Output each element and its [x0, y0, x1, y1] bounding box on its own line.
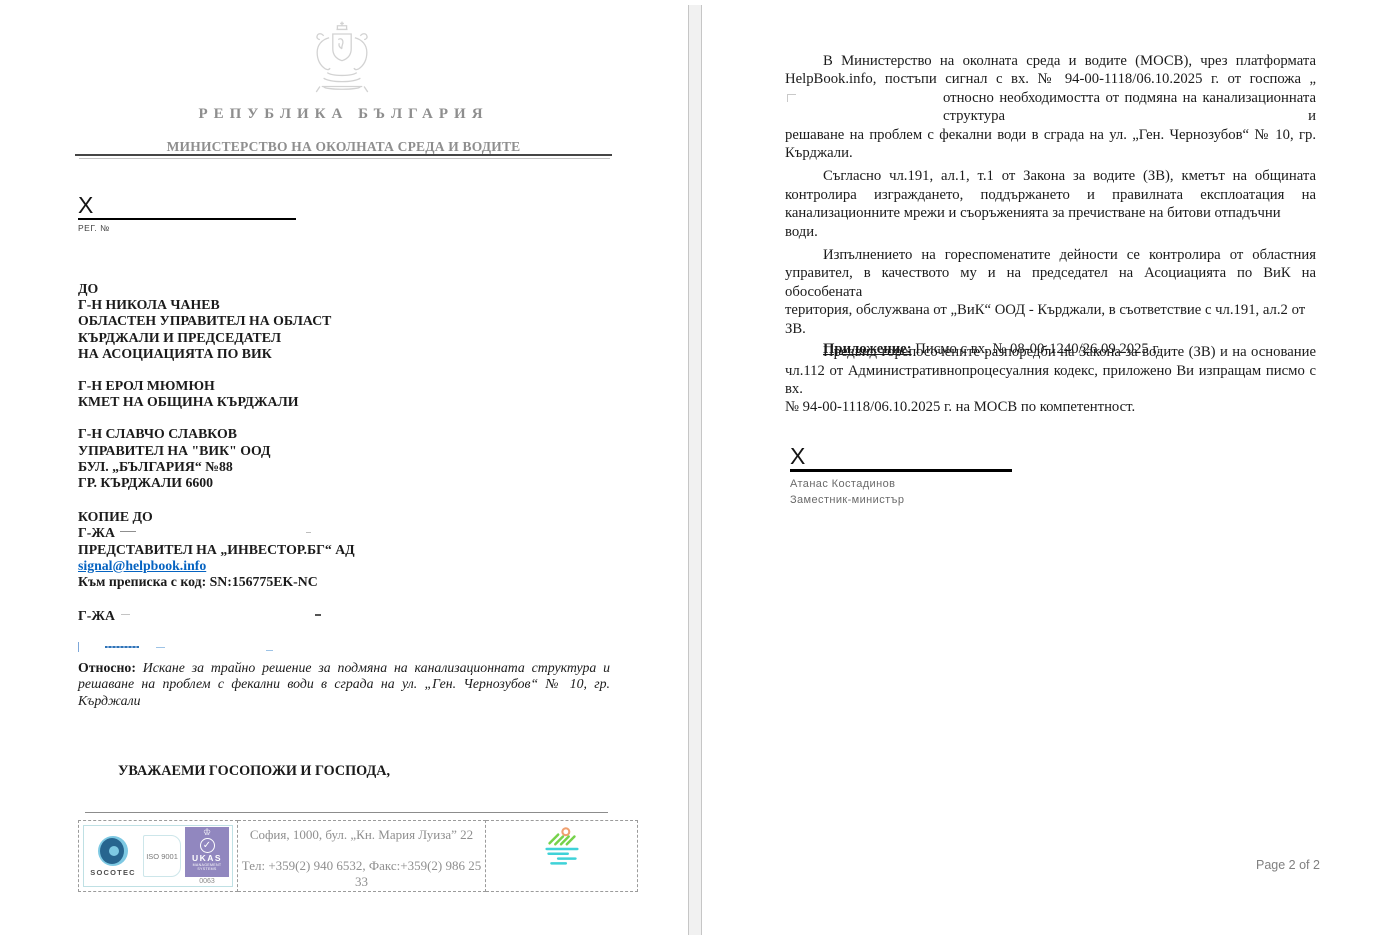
footer-address: София, 1000, бул. „Кн. Мария Луиза” 22	[238, 827, 485, 843]
signature-x-mark: X	[790, 444, 1012, 468]
eco-water-logo-icon	[539, 826, 585, 872]
case-code-line: Към преписка с код: SN:156775EK-NC	[78, 574, 610, 590]
letter-body: В Министерство на околната среда и водит…	[785, 52, 1316, 422]
redaction-mark	[78, 642, 79, 652]
body-line: № 94-00-1118/06.10.2025 г. на МОСВ по ко…	[785, 398, 1316, 416]
salutation: УВАЖАЕМИ ГОСОПОЖИ И ГОСПОДА,	[118, 763, 390, 780]
signer-name: Атанас Костадинов	[790, 478, 1012, 490]
ukas-logo: UKAS MANAGEMENT SYSTEMS	[185, 827, 229, 877]
addressee-line: ОБЛАСТЕН УПРАВИТЕЛ НА ОБЛАСТ	[78, 313, 610, 329]
reg-number-label: РЕГ. №	[78, 223, 296, 233]
addressee-line: НА АСОЦИАЦИЯТА ПО ВИК	[78, 346, 610, 362]
header-rule-shadow	[79, 158, 610, 159]
madam-label: Г-ЖА	[78, 608, 115, 623]
paragraph: Съгласно чл.191, ал.1, т.1 от Закона за …	[785, 167, 1316, 241]
ukas-badge: UKAS MANAGEMENT SYSTEMS 0063	[185, 827, 229, 885]
addressee-line: Г-Н СЛАВЧО СЛАВКОВ	[78, 426, 610, 442]
redaction-mark	[156, 647, 165, 648]
redacted-link-line[interactable]	[78, 640, 610, 654]
footer-rule	[85, 812, 608, 813]
body-line: канализационните мрежи и съоръженията за…	[785, 204, 1316, 241]
reg-number-signature-field[interactable]: X РЕГ. №	[78, 193, 296, 233]
body-line: Съгласно чл.191, ал.1, т.1 от Закона за …	[785, 167, 1316, 185]
signature-x-mark: X	[78, 193, 296, 217]
footer-certifications-cell: SOCOTEC ISO 9001 UKAS MANAGEMENT SYSTEMS…	[78, 820, 238, 892]
subject-block: Относно: Искане за трайно решение за под…	[78, 660, 610, 709]
footer-table: SOCOTEC ISO 9001 UKAS MANAGEMENT SYSTEMS…	[78, 820, 638, 892]
subject-line: решаване на проблем с фекални води в сгр…	[78, 676, 610, 692]
bulgaria-coat-of-arms-icon	[296, 18, 388, 108]
attachment-line: Приложение: Писмо с вх. № 08-00-1240/26.…	[823, 341, 1160, 358]
attachment-label: Приложение:	[823, 341, 912, 357]
document-view: РЕПУБЛИКА БЪЛГАРИЯ МИНИСТЕРСТВО НА ОКОЛН…	[0, 0, 1394, 935]
subject-line: Кърджали	[78, 693, 610, 709]
body-line-redacted: относно необходимостта от подмяна на кан…	[785, 89, 1316, 126]
redaction-mark	[121, 614, 130, 621]
footer-address-cell: София, 1000, бул. „Кн. Мария Луиза” 22 Т…	[238, 820, 486, 892]
page-gap	[688, 5, 702, 935]
addressee-line: КЪРДЖАЛИ И ПРЕДСЕДАТЕЛ	[78, 330, 610, 346]
body-line: управител, в качеството му и на председа…	[785, 264, 1316, 301]
subject-label: Относно:	[78, 660, 136, 675]
body-line: HelpBook.info, постъпи сигнал с вх. № 94…	[785, 70, 1316, 88]
page-2: В Министерство на околната среда и водит…	[702, 0, 1394, 935]
body-line: територия, обслужвана от „ВиК“ ООД - Кър…	[785, 301, 1316, 338]
body-line: чл.112 от Административнопроцесуалния ко…	[785, 362, 1316, 399]
addressee-line: Г-Н НИКОЛА ЧАНЕВ	[78, 297, 610, 313]
page-1: РЕПУБЛИКА БЪЛГАРИЯ МИНИСТЕРСТВО НА ОКОЛН…	[0, 0, 688, 935]
crown-icon	[185, 828, 229, 837]
signature-line	[790, 469, 1012, 472]
addressee-line: ПРЕДСТАВИТЕЛ НА „ИНВЕСТОР.БГ“ АД	[78, 542, 610, 558]
paragraph: В Министерство на околната среда и водит…	[785, 52, 1316, 162]
iso-label: ISO 9001	[146, 852, 178, 861]
addressee-line: КМЕТ НА ОБЩИНА КЪРДЖАЛИ	[78, 394, 610, 410]
ukas-label: UKAS	[185, 853, 229, 863]
redaction-mark	[120, 531, 136, 538]
socotec-label: SOCOTEC	[87, 868, 139, 877]
addressee-line: УПРАВИТЕЛ НА "ВИК" ООД	[78, 443, 610, 459]
ukas-sublabel: MANAGEMENT SYSTEMS	[185, 863, 229, 871]
addressee-block: ДО Г-Н НИКОЛА ЧАНЕВ ОБЛАСТЕН УПРАВИТЕЛ Н…	[78, 281, 610, 654]
socotec-icon	[98, 836, 128, 866]
socotec-logo: SOCOTEC	[87, 836, 139, 877]
minister-signature-field[interactable]: X Атанас Костадинов Заместник-министър	[790, 444, 1012, 506]
redaction-mark	[266, 650, 273, 651]
header-rule	[75, 154, 612, 156]
copy-to-heading: КОПИЕ ДО	[78, 509, 610, 525]
footer-phone: Тел: +359(2) 940 6532, Факс:+359(2) 986 …	[238, 858, 485, 890]
republic-title: РЕПУБЛИКА БЪЛГАРИЯ	[75, 106, 612, 123]
signer-title: Заместник-министър	[790, 494, 1012, 506]
email-link[interactable]: signal@helpbook.info	[78, 558, 206, 573]
redaction-mark	[306, 532, 311, 537]
body-line: Кърджали.	[785, 144, 1316, 162]
madam-label: Г-ЖА	[78, 525, 115, 540]
body-line: решаване на проблем с фекални води в сгр…	[785, 126, 1316, 144]
addressee-line: Г-Н ЕРОЛ МЮМЮН	[78, 378, 610, 394]
page-number: Page 2 of 2	[1256, 858, 1320, 872]
addressee-line-redacted: Г-ЖА	[78, 525, 610, 541]
body-line: Изпълнението на гореспоменатите дейности…	[785, 246, 1316, 264]
footer-eco-cell	[486, 820, 638, 892]
iso-9001-badge: ISO 9001	[143, 835, 181, 877]
redaction-mark	[315, 614, 321, 620]
paragraph: Изпълнението на гореспоменатите дейности…	[785, 246, 1316, 338]
redaction-mark	[105, 646, 139, 648]
ukas-number: 0063	[185, 878, 229, 885]
body-line: контролира изграждането, поддържането и …	[785, 186, 1316, 204]
check-icon	[200, 838, 215, 853]
addressee-line: БУЛ. „БЪЛГАРИЯ“ №88	[78, 459, 610, 475]
signature-line	[78, 218, 296, 220]
attachment-text: Писмо с вх. № 08-00-1240/26.09.2025 г.	[915, 341, 1160, 357]
addressee-line: ГР. КЪРДЖАЛИ 6600	[78, 475, 610, 491]
addressee-line-redacted: Г-ЖА	[78, 608, 610, 624]
body-line: В Министерство на околната среда и водит…	[785, 52, 1316, 70]
certification-badges: SOCOTEC ISO 9001 UKAS MANAGEMENT SYSTEMS…	[83, 825, 233, 887]
addressee-line: ДО	[78, 281, 610, 297]
ministry-title: МИНИСТЕРСТВО НА ОКОЛНАТА СРЕДА И ВОДИТЕ	[75, 139, 612, 155]
subject-line: Относно: Искане за трайно решение за под…	[78, 660, 610, 676]
